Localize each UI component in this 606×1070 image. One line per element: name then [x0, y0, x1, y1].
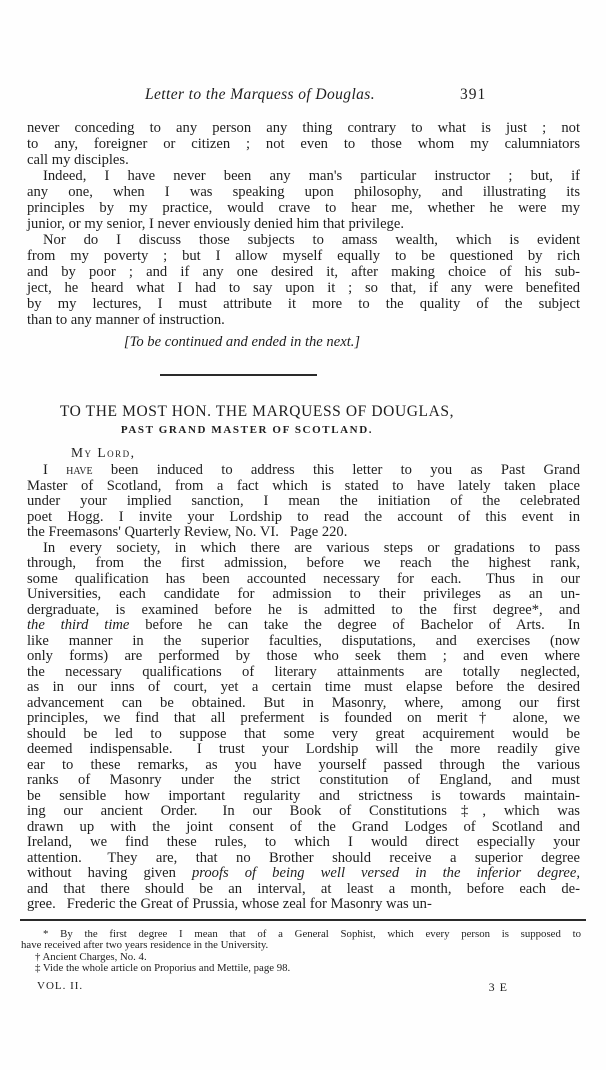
text-line: the third time before he can take the de…: [27, 618, 580, 634]
text-line: gree. Frederic the Great of Prussia, who…: [27, 897, 580, 913]
text-line: to any, foreigner or citizen ; not even …: [27, 136, 580, 152]
text-line: Indeed, I have never been any man's part…: [27, 168, 580, 184]
running-header-title: Letter to the Marquess of Douglas.: [118, 86, 402, 104]
paragraph: * By the first degree I mean that of a G…: [21, 929, 581, 952]
text-line: attention. They are, that no Brother sho…: [27, 851, 580, 867]
text-line: In every society, in which there are var…: [27, 541, 580, 557]
paragraph: never conceding to any person any thing …: [27, 120, 580, 168]
text-line: advancement can be obtained. But in Maso…: [27, 696, 580, 712]
text-line: as in our inns of court, yet a certain t…: [27, 680, 580, 696]
signature-mark: 3 E: [489, 980, 508, 995]
text-line: from my poverty ; but I allow myself equ…: [27, 248, 580, 264]
text-line: ear to these remarks, as you have yourse…: [27, 758, 580, 774]
text-column: never conceding to any person any thing …: [27, 120, 580, 995]
text-line: through, from the first admission, befor…: [27, 556, 580, 572]
text-line: the Freemasons' Quarterly Review, No. VI…: [27, 525, 580, 541]
text-line: I have been induced to address this lett…: [27, 463, 580, 479]
text-line: some qualification has been accounted ne…: [27, 572, 580, 588]
text-line: drawn up with the joint consent of the G…: [27, 820, 580, 836]
page-footer: VOL. II. 3 E: [27, 980, 580, 995]
page-number: 391: [460, 86, 486, 104]
running-header: Letter to the Marquess of Douglas. 391: [0, 86, 606, 108]
article-body: I have been induced to address this lett…: [27, 463, 580, 913]
salutation: My Lord,: [71, 446, 580, 460]
article-subheading: PAST GRAND MASTER OF SCOTLAND.: [27, 424, 467, 437]
text-line: principles, we find that all preferment …: [27, 711, 580, 727]
text-line: and that there should be an interval, at…: [27, 882, 580, 898]
text-line: should be led to suppose that some very …: [27, 727, 580, 743]
text-line: by my lectures, I must attribute it more…: [27, 296, 580, 312]
paragraph: In every society, in which there are var…: [27, 541, 580, 913]
continuation-notice: [To be continued and ended in the next.]: [27, 334, 457, 350]
text-line: dergraduate, is examined before he is ad…: [27, 603, 580, 619]
text-line: never conceding to any person any thing …: [27, 120, 580, 136]
text-line: Nor do I discuss those subjects to amass…: [27, 232, 580, 248]
paragraph: Nor do I discuss those subjects to amass…: [27, 232, 580, 328]
text-line: any one, when I was speaking upon philos…: [27, 184, 580, 200]
text-line: Universities, each candidate for admissi…: [27, 587, 580, 603]
text-line: than to any manner of instruction.: [27, 312, 580, 328]
text-line: ranks of Masonry under the strict consti…: [27, 773, 580, 789]
text-line: Ireland, we find these rules, to which I…: [27, 835, 580, 851]
text-line: ‡ Vide the whole article on Proporius an…: [21, 963, 581, 975]
text-line: ing our ancient Order. In our Book of Co…: [27, 804, 580, 820]
text-line: ject, he heard what I had to say upon it…: [27, 280, 580, 296]
text-line: have received after two years residence …: [21, 940, 581, 952]
text-line: only forms) are performed by those who s…: [27, 649, 580, 665]
book-page: Letter to the Marquess of Douglas. 391 n…: [0, 0, 606, 1070]
article-continuation-body: never conceding to any person any thing …: [27, 120, 580, 328]
section-divider-rule: [160, 374, 317, 376]
paragraph: Indeed, I have never been any man's part…: [27, 168, 580, 232]
text-line: Master of Scotland, from a fact which is…: [27, 479, 580, 495]
text-line: without having given proofs of being wel…: [27, 866, 580, 882]
text-line: principles by my practice, would crave t…: [27, 200, 580, 216]
volume-label: VOL. II.: [37, 980, 83, 995]
paragraph: I have been induced to address this lett…: [27, 463, 580, 541]
text-line: like manner in the superior faculties, d…: [27, 634, 580, 650]
article-heading: TO THE MOST HON. THE MARQUESS OF DOUGLAS…: [27, 402, 487, 421]
text-line: be sensible how important regularity and…: [27, 789, 580, 805]
paragraph: ‡ Vide the whole article on Proporius an…: [21, 963, 581, 975]
text-line: junior, or my senior, I never enviously …: [27, 216, 580, 232]
text-line: and by poor ; and if any one desired it,…: [27, 264, 580, 280]
footnotes: * By the first degree I mean that of a G…: [21, 929, 581, 975]
text-line: call my disciples.: [27, 152, 580, 168]
text-line: poet Hogg. I invite your Lordship to rea…: [27, 510, 580, 526]
text-line: under your implied sanction, I mean the …: [27, 494, 580, 510]
text-line: deemed indispensable. I trust your Lords…: [27, 742, 580, 758]
text-line: the necessary qualifications of literary…: [27, 665, 580, 681]
footnote-divider-rule: [20, 919, 586, 921]
